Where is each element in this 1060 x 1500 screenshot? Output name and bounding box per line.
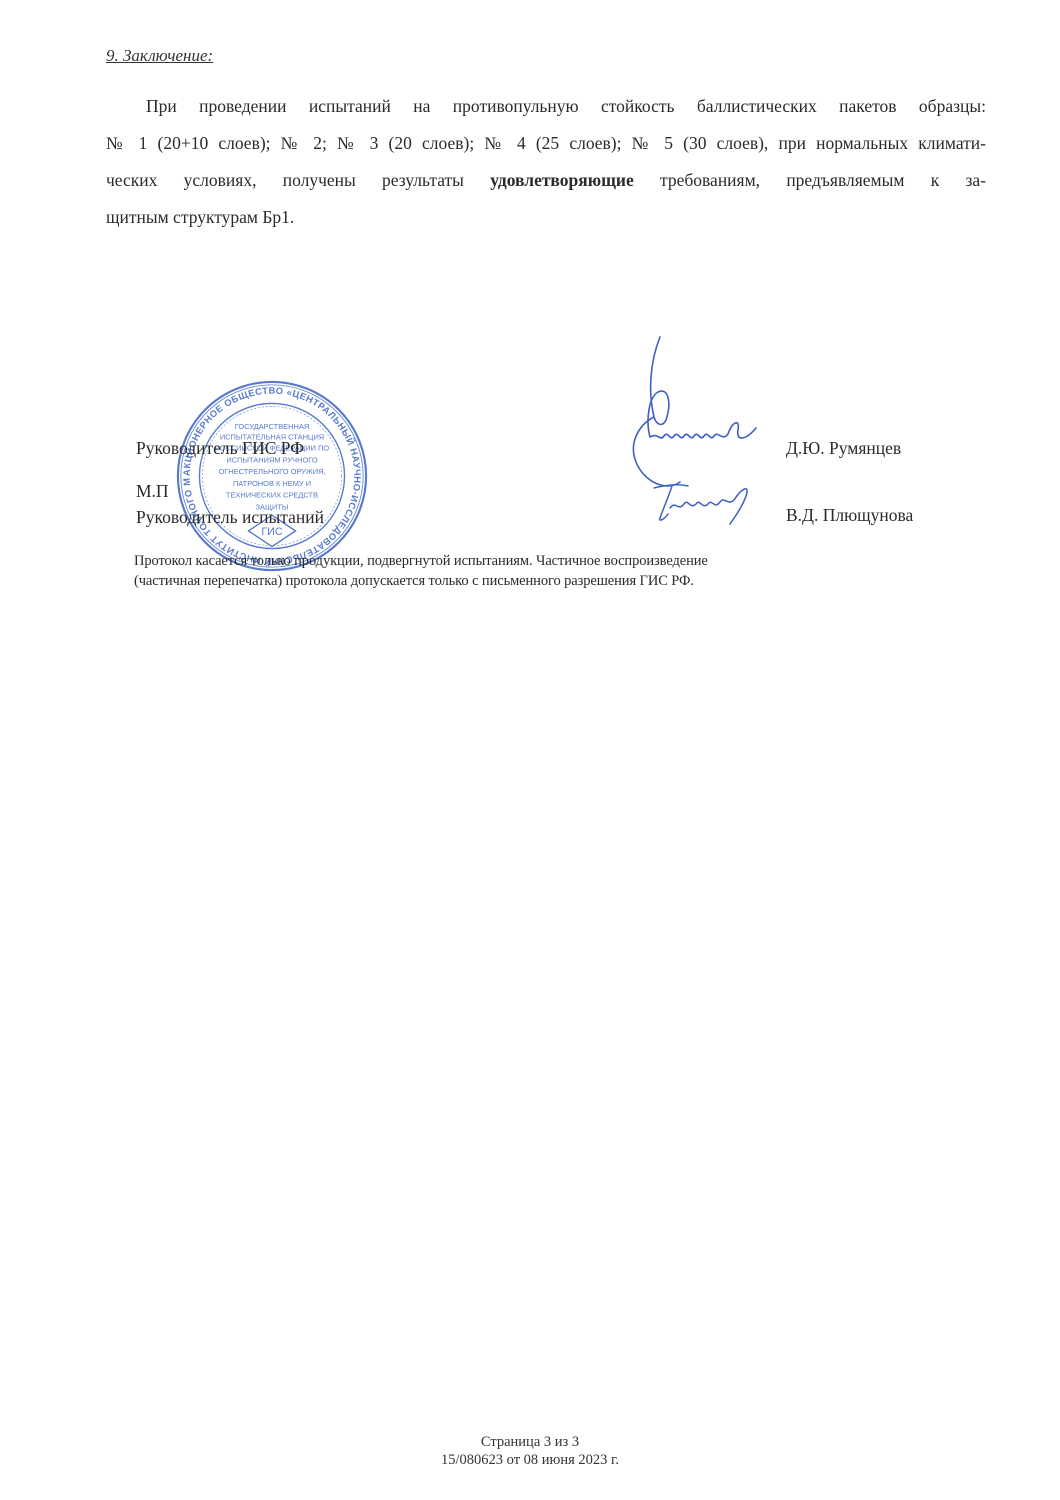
test-lead-name: В.Д. Плющунова [786,505,913,526]
svg-text:ПАТРОНОВ К НЕМУ И: ПАТРОНОВ К НЕМУ И [233,479,311,488]
document-reference: 15/080623 от 08 июня 2023 г. [0,1451,1060,1469]
svg-text:ГОСУДАРСТВЕННАЯ: ГОСУДАРСТВЕННАЯ [235,422,309,431]
disclaimer-line-2: (частичная перепечатка) протокола допуск… [134,571,708,591]
disclaimer-note: Протокол касается только продукции, подв… [134,551,708,591]
conclusion-paragraph: При проведении испытаний на противопульн… [106,88,986,236]
signature-head [610,332,780,502]
document-page: 9. Заключение: При проведении испытаний … [0,0,1060,1500]
seal-place-label: М.П [136,481,169,502]
conclusion-result-bold: удовлетворяющие [490,170,634,190]
conclusion-line-4: щитным структурам Бр1. [106,199,986,236]
conclusion-line-1: При проведении испытаний на противопульн… [106,88,986,125]
page-footer: Страница 3 из 3 15/080623 от 08 июня 202… [0,1433,1060,1469]
conclusion-text-1: При проведении испытаний на противопульн… [146,96,986,116]
svg-text:ТЕХНИЧЕСКИХ СРЕДСТВ: ТЕХНИЧЕСКИХ СРЕДСТВ [226,491,318,500]
stamp-inner-text: ГОСУДАРСТВЕННАЯ ИСПЫТАТЕЛЬНАЯ СТАНЦИЯ РО… [215,422,329,511]
conclusion-text-3b: требованиям, предъявляемым к за- [634,170,986,190]
head-of-gis-label: Руководитель ГИС РФ [136,438,304,459]
disclaimer-line-1: Протокол касается только продукции, подв… [134,551,708,571]
test-lead-label: Руководитель испытаний [136,507,324,528]
conclusion-text-3a: ческих условиях, получены результаты [106,170,490,190]
svg-text:ОГНЕСТРЕЛЬНОГО ОРУЖИЯ,: ОГНЕСТРЕЛЬНОГО ОРУЖИЯ, [218,467,325,476]
page-number: Страница 3 из 3 [0,1433,1060,1451]
section-heading: 9. Заключение: [106,46,213,66]
signature-test-lead [650,478,760,528]
conclusion-line-3: ческих условиях, получены результаты удо… [106,162,986,199]
official-seal-stamp: АКЦИОНЕРНОЕ ОБЩЕСТВО «ЦЕНТРАЛЬНЫЙ НАУЧНО… [174,378,370,574]
conclusion-line-2: № 1 (20+10 слоев); № 2; № 3 (20 слоев); … [106,125,986,162]
head-name: Д.Ю. Румянцев [786,438,901,459]
